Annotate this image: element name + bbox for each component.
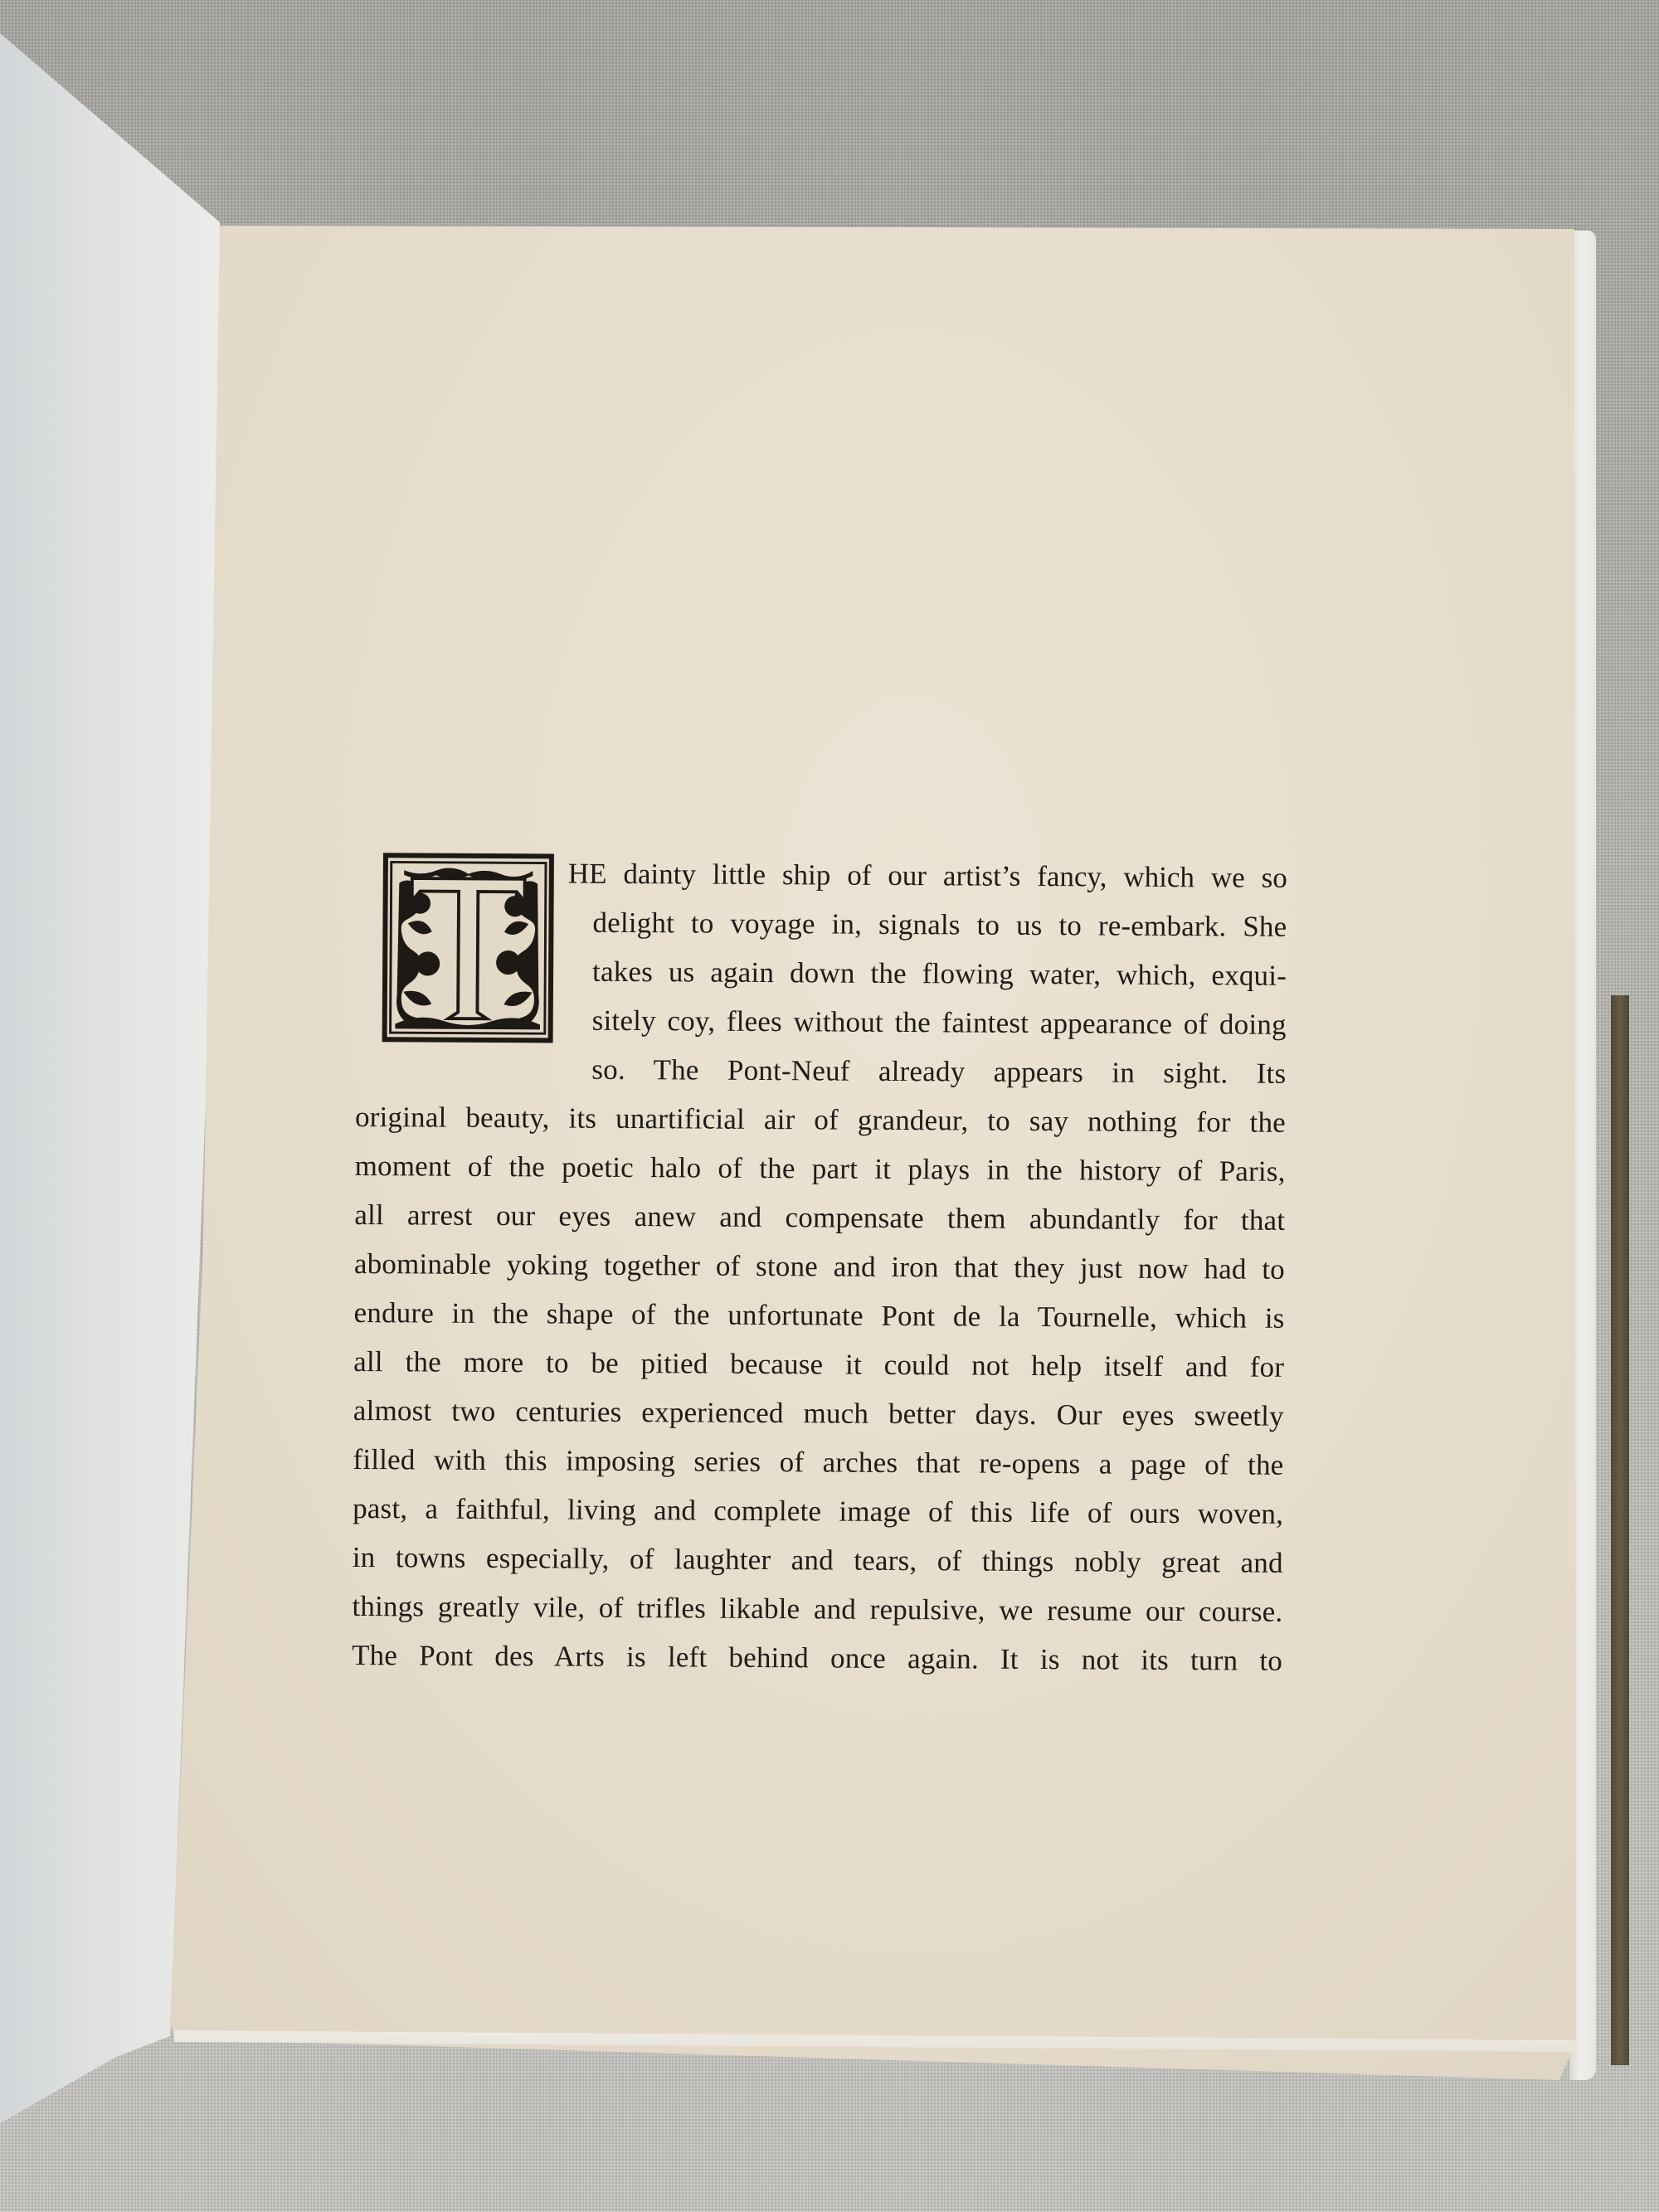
paragraph-line: HE dainty little ship of our artist’s fa…	[568, 849, 1287, 902]
paragraph-line: all arrest our eyes anew and compensate …	[354, 1190, 1285, 1245]
paragraph-line: so. The Pont-Neuf already appears in sig…	[591, 1045, 1286, 1098]
paragraph-line: past, a faithful, living and complete im…	[353, 1484, 1283, 1539]
paragraph-line: filled with this imposing series of arch…	[353, 1435, 1283, 1490]
paragraph-line: takes us again down the flowing water, w…	[592, 947, 1287, 1000]
paragraph-text-block: HE dainty little ship of our artist’s fa…	[352, 848, 1287, 1685]
ornamental-letter-t-icon	[387, 858, 549, 1038]
paragraph-line: endure in the shape of the unfortunate P…	[353, 1288, 1284, 1343]
gilt-edge	[1611, 995, 1629, 2065]
drop-cap-initial	[382, 853, 554, 1043]
paragraph-line: almost two centuries experienced much be…	[353, 1386, 1284, 1441]
paragraph-line: abominable yoking together of stone and …	[354, 1239, 1285, 1294]
paragraph-line: all the more to be pitied because it cou…	[353, 1337, 1284, 1392]
paragraph-line: original beauty, its unartificial air of…	[355, 1092, 1286, 1147]
paragraph-line: delight to voyage in, signals to us to r…	[592, 898, 1287, 951]
paragraph-line: The Pont des Arts is left behind once ag…	[352, 1631, 1282, 1685]
paragraph-line: things greatly vile, of trifles likable …	[352, 1582, 1282, 1636]
paragraph-line: sitely coy, flees without the faintest a…	[592, 996, 1287, 1049]
paragraph-line: in towns especially, of laughter and tea…	[353, 1533, 1283, 1587]
paragraph-line: moment of the poetic halo of the part it…	[354, 1141, 1285, 1196]
